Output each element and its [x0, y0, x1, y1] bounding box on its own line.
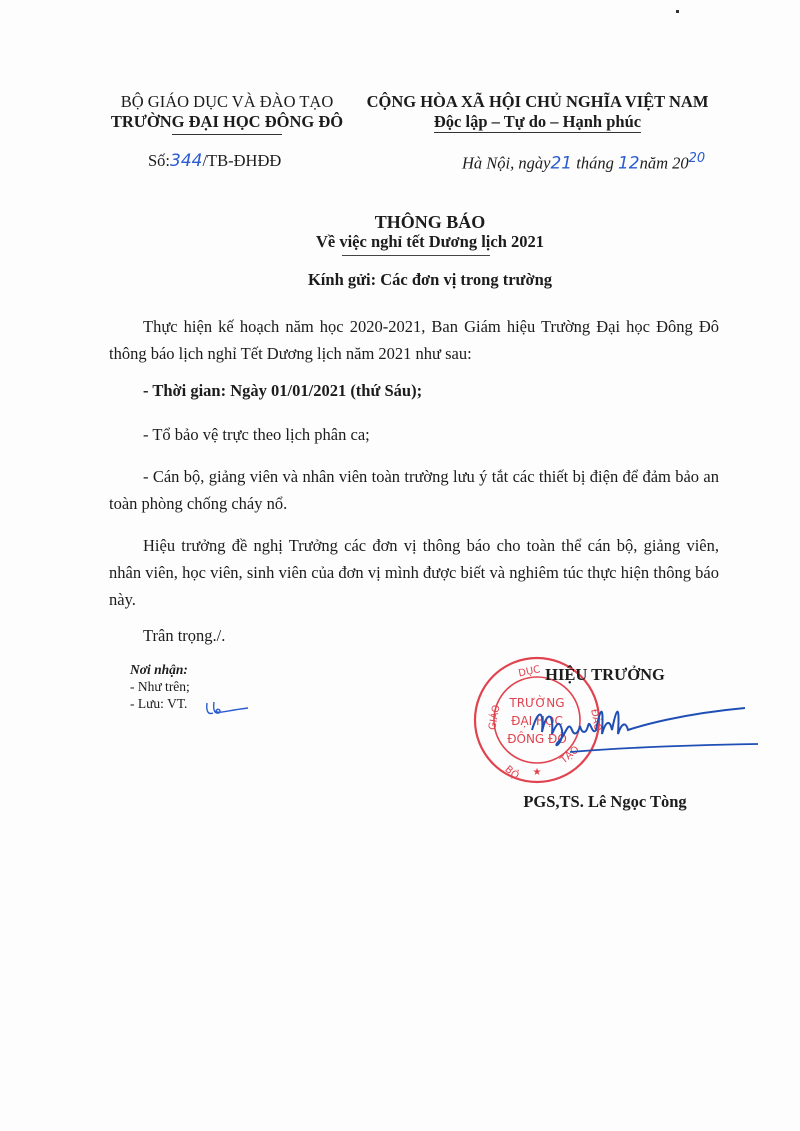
- date-month: 12: [618, 154, 640, 174]
- recipients-block: Nơi nhận: - Như trên; - Lưu: VT.: [130, 661, 190, 712]
- date-year-suffix: 20: [689, 151, 706, 166]
- date-day: 21: [550, 154, 572, 174]
- addressee: Kính gửi: Các đơn vị trong trường: [250, 270, 610, 290]
- reference-prefix: Số:: [148, 151, 170, 170]
- subtitle-underline: [342, 255, 490, 256]
- national-motto: Độc lập – Tự do – Hạnh phúc: [434, 112, 641, 133]
- closing: Trân trọng./.: [109, 622, 719, 649]
- signatory-title: HIỆU TRƯỞNG: [510, 665, 700, 685]
- document-subtitle: Về việc nghỉ tết Dương lịch 2021: [250, 232, 610, 252]
- header-underline: [172, 134, 282, 135]
- issuer-header: BỘ GIÁO DỤC VÀ ĐÀO TẠO TRƯỜNG ĐẠI HỌC ĐÔ…: [92, 92, 362, 135]
- date-year-label: năm 20: [640, 154, 689, 173]
- university-name: TRƯỜNG ĐẠI HỌC ĐÔNG ĐÔ: [92, 112, 362, 132]
- handwritten-signature: [530, 690, 760, 760]
- document-title: THÔNG BÁO: [250, 212, 610, 233]
- country-name: CỘNG HÒA XÃ HỘI CHỦ NGHĨA VIỆT NAM: [365, 92, 710, 112]
- svg-text:★: ★: [533, 767, 542, 778]
- reference-number: Số:344/TB-ĐHĐĐ: [148, 151, 281, 171]
- handwritten-initials: [204, 699, 252, 719]
- security-item: - Tổ bảo vệ trực theo lịch phân ca;: [109, 421, 719, 448]
- date-month-label: tháng: [576, 154, 614, 173]
- intro-paragraph: Thực hiện kế hoạch năm học 2020-2021, Ba…: [109, 313, 719, 367]
- recipient-item: - Như trên;: [130, 678, 190, 695]
- signatory-name: PGS,TS. Lê Ngọc Tòng: [480, 792, 730, 812]
- request-paragraph: Hiệu trưởng đề nghị Trưởng các đơn vị th…: [109, 532, 719, 613]
- svg-text:GIÁO: GIÁO: [485, 704, 502, 731]
- issue-date: Hà Nội, ngày21 tháng 12năm 2020: [462, 151, 705, 174]
- recipient-item: - Lưu: VT.: [130, 695, 190, 712]
- scan-speck: [676, 10, 679, 13]
- national-header: CỘNG HÒA XÃ HỘI CHỦ NGHĨA VIỆT NAM Độc l…: [365, 92, 710, 132]
- time-item: - Thời gian: Ngày 01/01/2021 (thứ Sáu);: [109, 377, 719, 404]
- reference-suffix: /TB-ĐHĐĐ: [202, 151, 281, 170]
- recipients-label: Nơi nhận:: [130, 661, 190, 678]
- date-place: Hà Nội, ngày: [462, 154, 550, 173]
- ministry-name: BỘ GIÁO DỤC VÀ ĐÀO TẠO: [92, 92, 362, 112]
- safety-item: - Cán bộ, giảng viên và nhân viên toàn t…: [109, 463, 719, 517]
- reference-handwritten-number: 344: [170, 151, 202, 171]
